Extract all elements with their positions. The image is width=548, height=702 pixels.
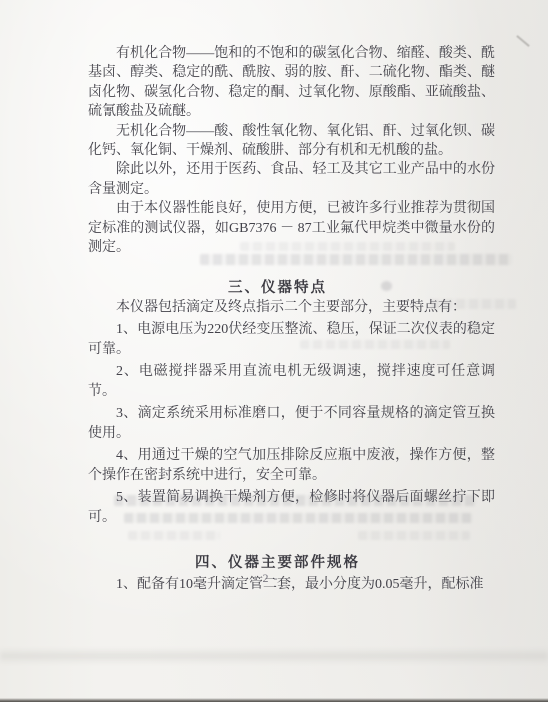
paragraph-features-intro: 本仪器包括滴定及终点指示二个主要部分，主要特点有： [88, 298, 495, 318]
page-number: - 2 - [88, 571, 444, 586]
paragraph-inorganic-compounds: 无机化合物——酸、酸性氧化物、氧化铝、酐、过氧化钡、碳化钙、氧化铜、干燥剂、硫酸… [88, 122, 495, 161]
paper-crease [0, 648, 548, 664]
feature-item-4: 4、用通过干燥的空气加压排除反应瓶中废液，操作方便，整个操作在密封系统中进行，安… [88, 446, 495, 486]
feature-item-3: 3、滴定系统采用标准磨口，便于不同容量规格的滴定管互换使用。 [88, 404, 495, 444]
paragraph-organic-compounds: 有机化合物——饱和的不饱和的碳氢化合物、缩醛、酸类、酰基卤、醇类、稳定的酰、酰胺… [88, 44, 495, 122]
paragraph-standard-recommendation: 由于本仪器性能良好，使用方便，已被许多行业推荐为贯彻国定标准的测试仪器，如GB7… [88, 199, 495, 257]
feature-item-2: 2、电磁搅拌器采用直流电机无级调速，搅拌速度可任意调节。 [88, 362, 495, 402]
paragraph-other-applications: 除此以外，还用于医药、食品、轻工及其它工业产品中的水份含量测定。 [88, 160, 495, 199]
page-content: 有机化合物——饱和的不饱和的碳氢化合物、缩醛、酸类、酰基卤、醇类、稳定的酰、酰胺… [88, 44, 495, 595]
section-3-heading: 三、仪器特点 [74, 278, 481, 298]
scanned-document-page: 有机化合物——饱和的不饱和的碳氢化合物、缩醛、酸类、酰基卤、醇类、稳定的酰、酰胺… [0, 0, 548, 702]
scan-edge-shadow [0, 698, 548, 702]
feature-item-1: 1、电源电压为220伏经变压整流、稳压，保证二次仪表的稳定可靠。 [88, 320, 495, 360]
scan-scratch-mark [516, 35, 530, 47]
feature-item-5: 5、装置简易调换干燥剂方便，检修时将仪器后面螺丝拧下即可。 [88, 488, 495, 528]
